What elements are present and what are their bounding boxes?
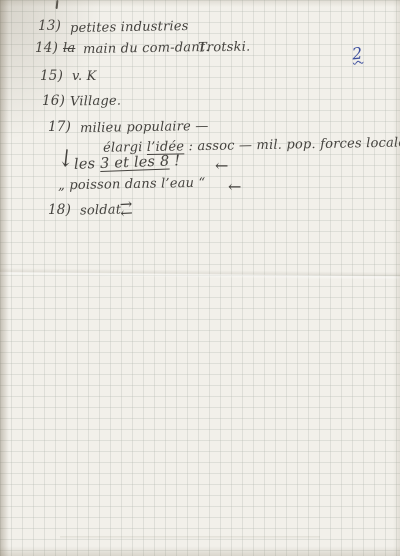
line-18-number: 18) xyxy=(48,202,71,218)
page-number: 2 xyxy=(351,44,363,64)
left-arrow-icon: ← xyxy=(228,177,241,196)
line-15-text: v. K xyxy=(72,69,97,84)
double-arrow-icon: →← xyxy=(120,200,134,219)
line-14-number: 14) xyxy=(35,40,58,56)
paper-crease-bottom xyxy=(60,536,320,539)
line-13-number: 13) xyxy=(38,18,61,34)
line-15-number: 15) xyxy=(40,68,63,84)
line-17c-text: „ poisson dans l’eau “ xyxy=(58,176,206,194)
line-17a-text: élargi l’idée : assoc — mil. pop. forces… xyxy=(103,135,400,155)
line-14-note: Trotski. xyxy=(198,40,251,56)
line-17a-rest: : assoc — mil. pop. forces locales. xyxy=(184,135,400,154)
line-17b-underlined: 3 et les 8 xyxy=(100,154,170,172)
left-arrow-icon: ← xyxy=(215,156,228,175)
line-17a-lead: élargi xyxy=(103,140,147,156)
line-17-text: milieu populaire — xyxy=(80,119,209,136)
line-17b-bang: ! xyxy=(169,153,180,169)
notebook-page: 13) petites industries 14) la main du co… xyxy=(0,0,400,556)
line-16-number: 16) xyxy=(42,93,65,109)
line-16-text: Village. xyxy=(70,94,121,110)
line-17b-lead: les xyxy=(74,156,101,173)
line-14-struck-word: la xyxy=(63,41,75,56)
line-17b-text: les 3 et les 8 ! xyxy=(74,153,181,173)
down-arrow-icon: ↓ xyxy=(57,144,76,174)
paper-crease xyxy=(0,268,400,281)
line-13-text: petites industries xyxy=(70,19,189,36)
line-18-text: soldat xyxy=(80,202,122,218)
line-14-text: main du com-dant. xyxy=(83,40,210,57)
stray-pen-stroke xyxy=(56,0,59,9)
left-arrow-icon: ← xyxy=(120,209,133,219)
line-17-number: 17) xyxy=(48,119,71,135)
